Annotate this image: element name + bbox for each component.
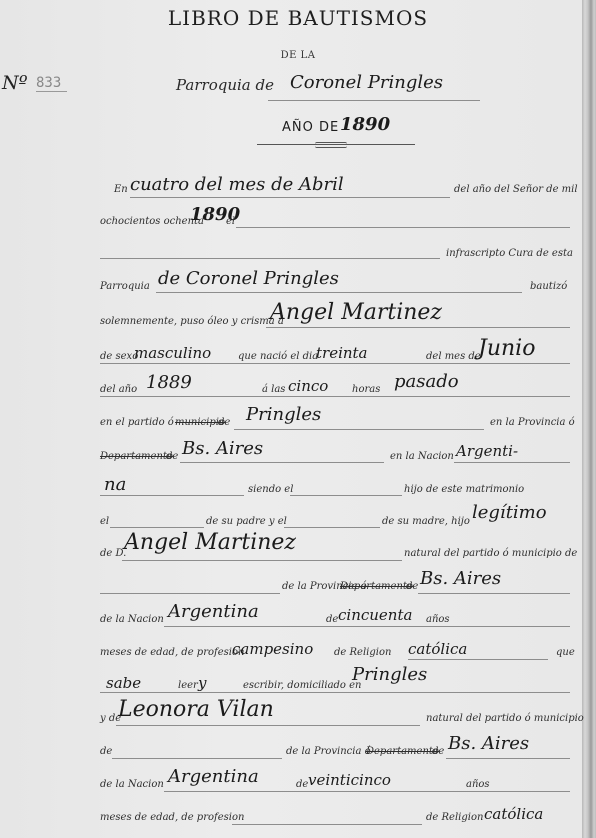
text-el: el [226,216,235,227]
text-de: de [432,746,444,757]
text-ano-senor: del año del Señor de mil [454,184,578,195]
handwritten-sex: masculino [134,344,211,362]
form-line [100,258,440,259]
form-line [112,758,282,759]
handwritten-father-age: cincuenta [338,606,412,624]
text-leer: leer [178,680,198,691]
form-line [100,396,570,397]
text-su-madre: de su madre, hijo [382,516,470,527]
text-partido: en el partido ó [100,417,174,428]
form-line [110,527,204,528]
text-de: de [218,417,230,428]
text-a-las: á las [262,384,285,395]
handwritten-hour: cinco [288,377,328,395]
parroquia-value: Coronel Pringles [290,72,443,93]
form-line [156,292,522,293]
text-del-ano: del año [100,384,137,395]
text-bautizo: bautizó [530,281,567,292]
text-nacio: que nació el dia [238,351,318,362]
record-number-label: Nº [2,72,28,94]
handwritten-day-month: cuatro del mes de Abril [130,174,344,195]
text-de: de [406,581,418,592]
handwritten-birth-month: Junio [478,336,535,361]
handwritten-birth-day: treinta [316,344,368,362]
handwritten-birth-year: 1889 [146,372,192,393]
text-meses-profesion: meses de edad, de profesion [100,647,244,658]
handwritten-father-profession: campesino [232,640,313,658]
handwritten-literacy: sabe [106,674,141,692]
form-line [234,429,484,430]
handwritten-father-religion: católica [408,640,467,658]
handwritten-birth-nation-part2: na [104,474,126,495]
handwritten-child-name: Angel Martinez [270,300,442,325]
text-sexo: de sexo [100,351,138,362]
handwritten-mother-nation: Argentina [168,766,259,787]
text-anos: años [466,779,490,790]
handwritten-parish: de Coronel Pringles [158,268,339,289]
text-nacion: de la Nacion [100,779,164,790]
parroquia-label: Parroquia de [176,76,274,94]
form-line [180,462,384,463]
form-line [130,197,450,198]
text-de: de [100,746,112,757]
text-meses-profesion: meses de edad, de profesion [100,812,244,823]
handwritten-mother-age: veinticinco [308,771,391,789]
text-anos: años [426,614,450,625]
text-ochocientos: ochocientos ochenta [100,216,204,227]
text-escribir-domicilio: escribir, domiciliado en [243,680,362,691]
handwritten-mother-province: Bs. Aires [448,733,529,754]
form-line [100,692,570,693]
parroquia-line [268,100,480,101]
form-line [100,495,244,496]
year-label: AÑO DE [282,120,339,135]
form-line [446,758,570,759]
handwritten-father-nation: Argentina [168,601,259,622]
handwritten-father-name: Angel Martinez [124,530,296,555]
text-natural-partido: natural del partido ó municipio de [404,548,577,559]
form-line [100,363,570,364]
form-line [100,593,280,594]
text-de-d: de D. [100,548,126,559]
form-line [232,824,422,825]
text-de: de [166,451,178,462]
text-departamento-struck: Departamento [366,746,439,757]
page-title: LIBRO DE BAUTISMOS [0,6,596,30]
text-departamento-struck: Departamento [340,581,413,592]
text-hijo-matrimonio: hijo de este matrimonio [404,484,524,495]
handwritten-mother-name: Leonora Vilan [118,697,274,722]
handwritten-mother-religion: católica [484,805,543,823]
text-provincia: de la Provincia ó [286,746,371,757]
page-subtitle: DE LA [0,50,596,61]
form-line [290,495,402,496]
form-line [454,462,570,463]
text-de: de [296,779,308,790]
text-provincia: en la Provincia ó [490,417,575,428]
text-infrascripto: infrascripto Cura de esta [446,248,573,259]
handwritten-birth-province: Bs. Aires [182,438,263,459]
text-nacion: en la Nacion [390,451,454,462]
form-line [122,560,402,561]
text-parroquia: Parroquia [100,281,150,292]
handwritten-birth-nation-part1: Argenti- [456,442,518,460]
form-line [284,527,380,528]
form-line [116,725,420,726]
text-que: que [556,647,575,658]
form-line [408,659,548,660]
ornament-divider [257,144,415,145]
handwritten-y: y [198,674,206,692]
handwritten-birth-partido: Pringles [246,404,321,425]
text-de: de [326,614,338,625]
text-religion: de Religion [334,647,391,658]
text-natural-partido: natural del partido ó municipio [426,713,584,724]
text-departamento-struck: Departamento [100,451,173,462]
handwritten-father-province: Bs. Aires [420,568,501,589]
form-line [418,593,570,594]
year-value: 1890 [340,114,390,135]
form-line [164,626,570,627]
text-religion: de Religion [426,812,483,823]
text-mes-de: del mes de [426,351,481,362]
text-horas: horas [352,384,380,395]
text-en: En [114,184,128,195]
form-line [164,791,570,792]
record-number: 833 [36,75,67,92]
text-su-padre: de su padre y el [206,516,287,527]
handwritten-legitimacy: legítimo [472,502,547,523]
form-line [266,327,570,328]
text-siendo-el: siendo el [248,484,293,495]
form-line [236,227,570,228]
text-solemnemente: solemnemente, puso óleo y crisma á [100,316,284,327]
text-el: el [100,516,109,527]
text-nacion: de la Nacion [100,614,164,625]
book-binding [582,0,596,838]
handwritten-time-of-day: pasado [394,371,459,392]
handwritten-domicile: Pringles [352,664,427,685]
